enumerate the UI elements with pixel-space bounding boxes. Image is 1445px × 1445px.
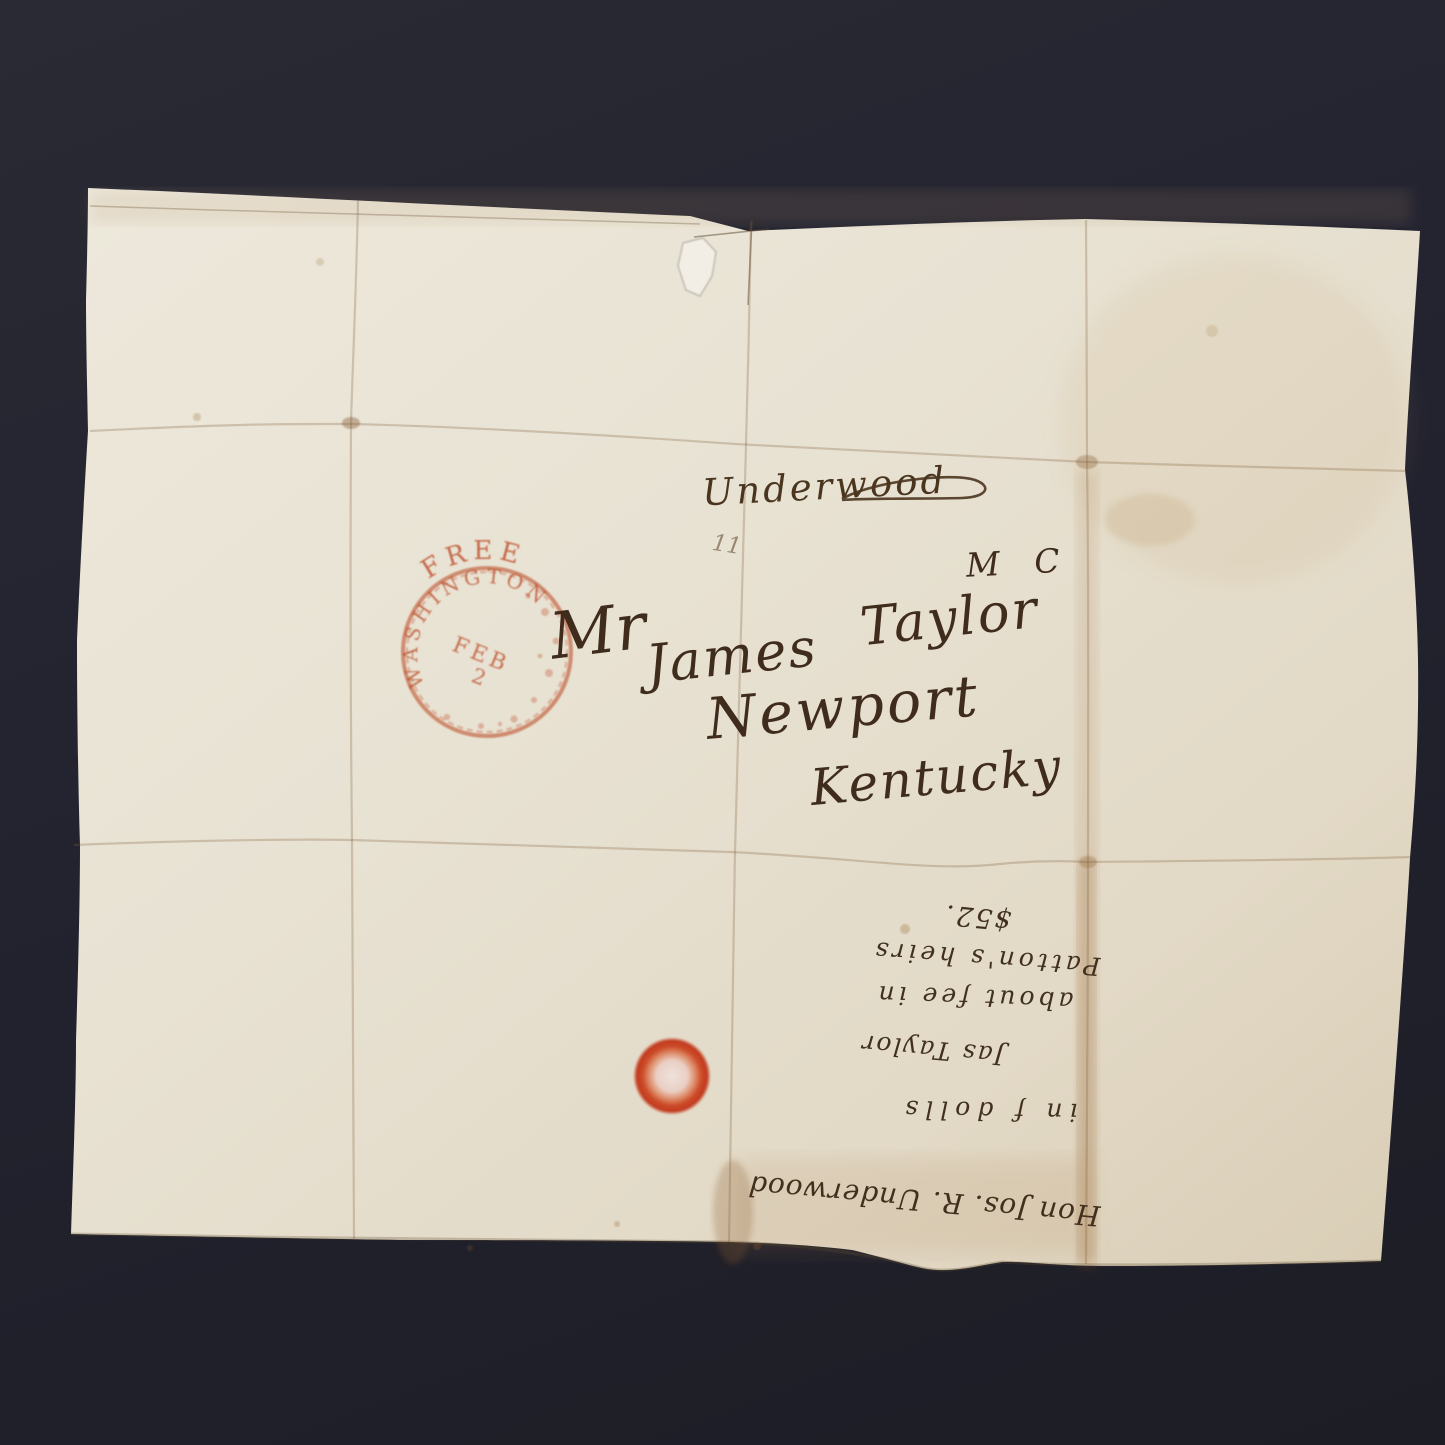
docket-block: Hon Jos. R. Underwood in f dolls Jas Tay… [801, 848, 1126, 1275]
wax-seal [633, 1037, 711, 1115]
address-prefix: Mr [546, 594, 649, 669]
docket-line: $52. [942, 900, 1013, 934]
ditto-mark: 11 [710, 532, 743, 559]
docket-line: Jas Taylor [859, 1031, 1005, 1068]
docket-line: Patton's heirs [871, 938, 1101, 979]
docket-line: in f dolls [898, 1097, 1078, 1125]
franking-title: M C [965, 543, 1072, 581]
photo-scene: FREE WASHINGTON FEB 2 Underwood M C 11 M… [0, 0, 1445, 1445]
docket-line: about fee in [874, 982, 1074, 1014]
